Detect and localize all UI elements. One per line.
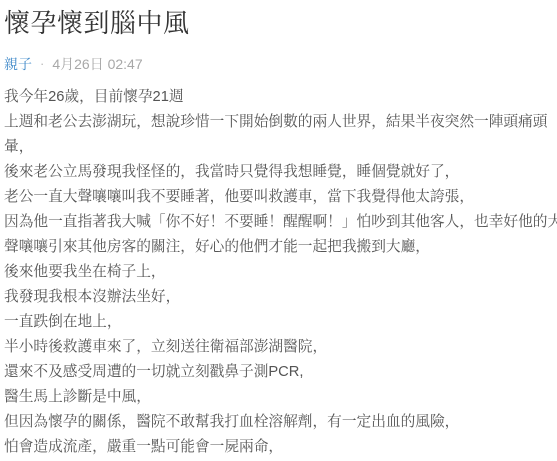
post-body: 我今年26歲，目前懷孕21週 上週和老公去澎湖玩，想說珍惜一下開始倒數的兩人世界… [4,85,557,460]
post-line: 還來不及感受周遭的一切就立刻戳鼻子測PCR, [4,360,557,385]
post-byline: 親子 · 4月26日 02:47 [4,55,557,73]
post-line: 上週和老公去澎湖玩，想說珍惜一下開始倒數的兩人世界，結果半夜突然一陣頭痛頭 [4,110,557,135]
post-line: 因為他一直指著我大喊「你不好！不要睡！醒醒啊！」怕吵到其他客人，也幸好他的大 [4,210,557,235]
post-line: 暈， [4,135,557,160]
post-line: 我發現我根本沒辦法坐好， [4,285,557,310]
post-line: 我今年26歲，目前懷孕21週 [4,85,557,110]
post-line: 老公一直大聲嚷嚷叫我不要睡著，他要叫救護車，當下我覺得他太誇張， [4,185,557,210]
post-line: 後來他要我坐在椅子上， [4,260,557,285]
post-line: 醫生馬上診斷是中風， [4,385,557,410]
post-line: 後來老公立馬發現我怪怪的，我當時只覺得我想睡覺，睡個覺就好了， [4,160,557,185]
byline-separator: · [40,55,44,73]
post-line: 半小時後救護車來了，立刻送往衛福部澎湖醫院， [4,335,557,360]
post-line: 一直跌倒在地上， [4,310,557,335]
forum-link[interactable]: 親子 [4,55,32,73]
post-line: 但因為懷孕的關係，醫院不敢幫我打血栓溶解劑，有一定出血的風險， [4,410,557,435]
post-line: 怕會造成流產，嚴重一點可能會一屍兩命， [4,435,557,460]
post-line: 聲嚷嚷引來其他房客的關注，好心的他們才能一起把我搬到大廳， [4,235,557,260]
post-page: 懷孕懷到腦中風 親子 · 4月26日 02:47 我今年26歲，目前懷孕21週 … [0,7,557,461]
post-timestamp: 4月26日 02:47 [52,55,142,73]
post-title: 懷孕懷到腦中風 [4,7,557,39]
